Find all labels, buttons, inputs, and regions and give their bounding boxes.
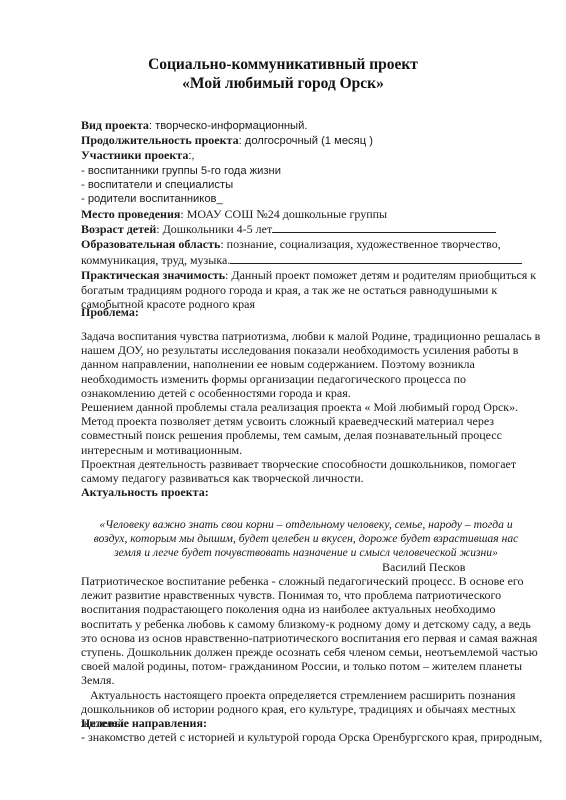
goals-section: Целевые направления: - знакомство детей …	[81, 716, 531, 744]
problem-line: нашем ДОУ, но результаты исследования по…	[81, 343, 531, 357]
relevance-p2-line: Актуальность настоящего проекта определя…	[81, 688, 531, 702]
problem-line: Проектная деятельность развивает творчес…	[81, 457, 531, 471]
relevance-line: Земля.	[81, 673, 531, 687]
project-age-value: : Дошкольники 4-5 лет	[156, 222, 272, 236]
project-significance-label: Практическая значимость	[81, 268, 225, 282]
quote-line: «Человеку важно знать свои корни – отдел…	[81, 518, 531, 532]
fill-underline	[272, 222, 496, 233]
project-duration-value: : долгосрочный (1 месяц )	[239, 135, 373, 147]
project-duration: Продолжительность проекта: долгосрочный …	[81, 133, 531, 148]
fill-underline	[230, 253, 522, 264]
project-participants: Участники проекта:,	[81, 148, 531, 163]
project-area-label: Образовательная область	[81, 237, 220, 251]
problem-line: необходимость изменить формы организации…	[81, 372, 531, 386]
quote-author: Василий Песков	[382, 560, 465, 574]
project-type-label: Вид проекта	[81, 118, 149, 132]
project-age-label: Возраст детей	[81, 222, 156, 236]
participant-item: - воспитанники группы 5-го года жизни	[81, 164, 531, 178]
goals-heading: Целевые направления:	[81, 716, 531, 730]
problem-line: Метод проекта позволяет детям усвоить сл…	[81, 414, 531, 428]
problem-line: ознакомлению детей с особенностями город…	[81, 386, 531, 400]
project-area-value: : познание, социализация, художественное…	[220, 237, 500, 251]
problem-heading: Проблема:	[81, 305, 531, 319]
project-place: Место проведения: МОАУ СОШ №24 дошкольны…	[81, 207, 531, 222]
quote-line: воздух, которым мы дышим, будет целебен …	[81, 532, 531, 546]
problem-heading-block: Проблема:	[81, 305, 531, 319]
project-type-value: : творческо-информационный.	[149, 120, 308, 132]
relevance-text: Патриотическое воспитание ребенка - слож…	[81, 574, 531, 688]
goals-line: - знакомство детей с историей и культуро…	[81, 730, 531, 744]
project-area-value-2: коммуникация, труд, музыка.	[81, 253, 230, 267]
problem-line: Задача воспитания чувства патриотизма, л…	[81, 329, 531, 343]
participant-item: - воспитатели и специалисты	[81, 178, 531, 192]
project-duration-label: Продолжительность проекта	[81, 133, 239, 147]
relevance-line: лежит развитие нравственных чувств. Пони…	[81, 588, 531, 602]
problem-line: интересным и мотивационным.	[81, 443, 531, 457]
relevance-heading-block: Актуальность проекта:	[81, 485, 531, 499]
quote-line: земля и легче будет почувствовать назнач…	[81, 546, 531, 560]
project-significance: Практическая значимость: Данный проект п…	[81, 268, 531, 283]
project-info: Вид проекта: творческо-информационный. П…	[81, 118, 531, 206]
problem-line: данном направлении, наполнении ее новым …	[81, 357, 531, 371]
project-type: Вид проекта: творческо-информационный.	[81, 118, 531, 133]
relevance-p2-line: дошкольников об истории родного края, ег…	[81, 702, 531, 716]
relevance-line: воспитания подрастающего поколения одна …	[81, 602, 531, 616]
project-place-value: : МОАУ СОШ №24 дошкольные группы	[180, 207, 387, 221]
relevance-line: это основа из основ нравственно-патриоти…	[81, 631, 531, 645]
project-participants-suffix: :,	[188, 150, 194, 162]
project-participants-label: Участники проекта	[81, 148, 188, 162]
relevance-line: своей малой родины, потом- гражданином Р…	[81, 659, 531, 673]
relevance-line: воспитать у ребенка любовь к самому близ…	[81, 617, 531, 631]
project-age: Возраст детей: Дошкольники 4-5 лет	[81, 222, 531, 237]
document-page: Социально-коммуникативный проект «Мой лю…	[0, 0, 566, 800]
relevance-line: Патриотическое воспитание ребенка - слож…	[81, 574, 531, 588]
significance-line: богатым традициям родного города и края,…	[81, 283, 531, 297]
project-details: Место проведения: МОАУ СОШ №24 дошкольны…	[81, 207, 531, 311]
project-significance-value: : Данный проект поможет детям и родителя…	[225, 268, 536, 282]
document-title-line2: «Мой любимый город Орск»	[0, 74, 566, 93]
problem-line: Решением данной проблемы стала реализаци…	[81, 400, 531, 414]
project-area-continued: коммуникация, труд, музыка.	[81, 253, 531, 268]
problem-line: совместный поиск решения проблемы, тем с…	[81, 428, 531, 442]
project-place-label: Место проведения	[81, 207, 180, 221]
document-title-line1: Социально-коммуникативный проект	[0, 55, 566, 74]
relevance-heading: Актуальность проекта:	[81, 485, 531, 499]
relevance-line: ступень. Дошкольник должен прежде осозна…	[81, 645, 531, 659]
participant-item: - родители воспитанников_	[81, 192, 531, 206]
problem-text: Задача воспитания чувства патриотизма, л…	[81, 329, 531, 485]
project-area: Образовательная область: познание, социа…	[81, 237, 531, 252]
problem-line: самому педагогу развиваться как творческ…	[81, 471, 531, 485]
epigraph-quote: «Человеку важно знать свои корни – отдел…	[81, 518, 531, 561]
